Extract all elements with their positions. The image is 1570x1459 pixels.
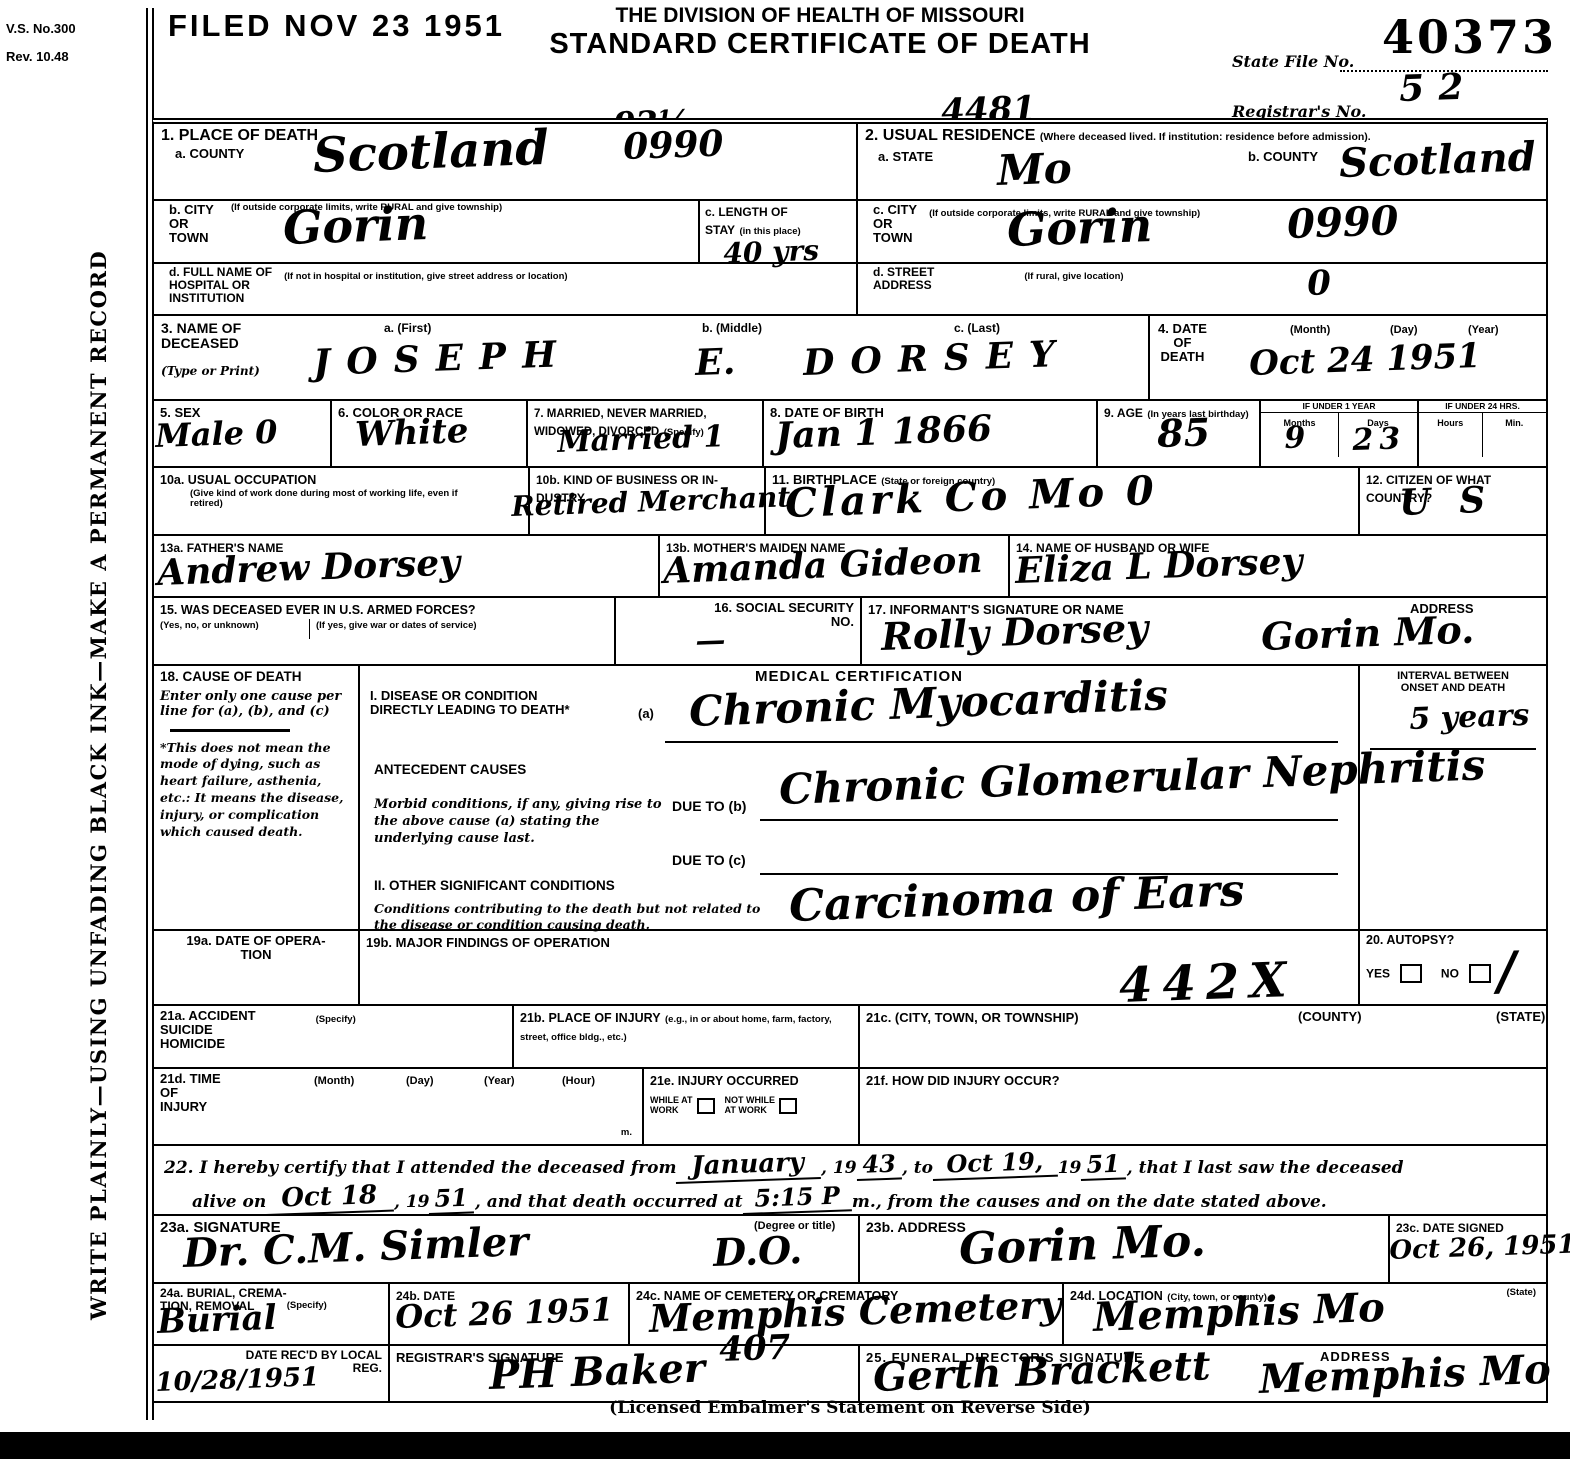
certify-text-4: 19 [1058, 1158, 1082, 1178]
not-while-at-work-checkbox [779, 1098, 797, 1114]
city-label: b. CITY OR TOWN [169, 203, 214, 245]
first-name-label: a. (First) [384, 322, 431, 335]
location-value: Memphis Mo [1092, 1284, 1385, 1341]
margin-instruction: WRITE PLAINLY—USING UNFADING BLACK INK—M… [86, 195, 111, 1375]
section-usual-residence: 2. USUAL RESIDENCE (Where deceased lived… [858, 124, 1546, 314]
hours-col: Hours [1419, 413, 1483, 457]
footer-note: (Licensed Embalmer's Statement on Revers… [152, 1398, 1548, 1418]
armed-forces-note2: (If yes, give war or dates of service) [310, 619, 477, 639]
armed-forces-label: 15. WAS DECEASED EVER IN U.S. ARMED FORC… [160, 603, 476, 617]
ssn-value: — [695, 623, 726, 659]
while-at-work-label: WHILE AT WORK [650, 1096, 693, 1116]
informant-address-value: Gorin Mo. [1260, 607, 1475, 659]
min-label: Min. [1505, 418, 1523, 428]
age-value: 85 [1156, 409, 1210, 456]
form-number-block: V.S. No.300 Rev. 10.48 [6, 22, 76, 64]
physician-address-label: 23b. ADDRESS [866, 1219, 966, 1235]
registrar-number-value: 407 [719, 1328, 791, 1370]
cause-enter-note: Enter only one cause per line for (a), (… [160, 689, 352, 719]
field-date-signed: 23c. DATE SIGNED Oct 26, 1951 [1390, 1216, 1546, 1282]
field-county: 1. PLACE OF DEATH a. COUNTY Scotland 099… [154, 124, 856, 201]
certify-year-1: 43 [855, 1148, 901, 1181]
residence-county-value: Scotland [1338, 133, 1536, 187]
burial-date-value: Oct 26 1951 [395, 1290, 614, 1336]
min-col: Min. [1483, 413, 1547, 457]
days-col: Days 23 [1339, 413, 1417, 457]
race-value: White [355, 411, 469, 455]
other-conditions-label: II. OTHER SIGNIFICANT CONDITIONS [374, 879, 615, 894]
physician-degree-value: D.O. [712, 1227, 802, 1275]
field-father-name: 13a. FATHER'S NAME Andrew Dorsey [154, 536, 660, 596]
certificate-form: 1. PLACE OF DEATH a. COUNTY Scotland 099… [152, 118, 1548, 1403]
residence-city-value: Gorin [1006, 198, 1153, 257]
under24-label: IF UNDER 24 HRS. [1419, 401, 1546, 413]
state-county-row: 2. USUAL RESIDENCE (Where deceased lived… [858, 124, 1546, 201]
field-interval: INTERVAL BETWEEN ONSET AND DEATH 5 years [1360, 666, 1546, 929]
not-while-at-work-label: NOT WHILE AT WORK [725, 1096, 776, 1116]
injury-day-label: (Day) [406, 1075, 434, 1087]
street-value: 0 [1307, 263, 1332, 304]
operation-date-label: 19a. DATE OF OPERA- TION [160, 934, 352, 962]
burial-note: (Specify) [287, 1301, 327, 1311]
usual-residence-note: (Where deceased lived. If institution: r… [1040, 131, 1371, 143]
days-value: 23 [1352, 421, 1407, 458]
field-hospital: d. FULL NAME OF HOSPITAL OR INSTITUTION … [154, 264, 856, 312]
interval-value: 5 years [1409, 698, 1530, 737]
other-conditions-note: Conditions contributing to the death but… [374, 901, 774, 934]
field-cemetery-location: 24d. LOCATION (City, town, or county) (S… [1064, 1284, 1546, 1344]
injury-m-label: m. [621, 1128, 632, 1138]
certify-text-6: alive on [192, 1192, 266, 1212]
document-title: STANDARD CERTIFICATE OF DEATH [450, 28, 1190, 61]
certify-text-3: , to [902, 1158, 933, 1178]
death-year-label: (Year) [1468, 324, 1499, 336]
deceased-name-note: (Type or Print) [161, 364, 260, 378]
field-date-received: DATE REC'D BY LOCAL REG. 10/28/1951 [154, 1346, 390, 1401]
field-sex: 5. SEX Male 0 [154, 401, 332, 466]
scan-edge-bar [0, 1432, 1570, 1459]
field-injury-location: 21c. (CITY, TOWN, OR TOWNSHIP) (COUNTY) … [860, 1006, 1546, 1067]
field-city: b. CITY OR TOWN (If outside corporate li… [154, 201, 700, 262]
accident-label: 21a. ACCIDENT SUICIDE HOMICIDE [160, 1009, 256, 1051]
field-age-under-24-hrs: IF UNDER 24 HRS. Hours Min. [1419, 401, 1546, 466]
certify-text-7: , 19 [394, 1192, 430, 1212]
field-marital-status: 7. MARRIED, NEVER MARRIED, WIDOWED, DIVO… [528, 401, 764, 466]
how-injury-label: 21f. HOW DID INJURY OCCUR? [866, 1073, 1060, 1088]
hospital-label: d. FULL NAME OF HOSPITAL OR INSTITUTION [169, 266, 272, 305]
last-name-label: c. (Last) [954, 322, 1000, 335]
certify-time-value: 5:15 P [741, 1180, 851, 1215]
disease-label: I. DISEASE OR CONDITION DIRECTLY LEADING… [370, 689, 570, 717]
dob-value: Jan 1 1866 [775, 407, 993, 457]
injury-hour-label: (Hour) [562, 1075, 595, 1087]
middle-name-value: E. [695, 341, 736, 384]
field-cause-line-a: I. DISEASE OR CONDITION DIRECTLY LEADING… [360, 685, 1358, 757]
certify-text-9: m., from the causes and on the date stat… [852, 1192, 1327, 1212]
date-received-value: 10/28/1951 [155, 1362, 320, 1398]
due-b-underline [760, 819, 1338, 821]
field-mother-maiden-name: 13b. MOTHER'S MAIDEN NAME Amanda Gideon [660, 536, 1010, 596]
field-physician-signature: 23a. SIGNATURE (Degree or title) Dr. C.M… [154, 1216, 860, 1282]
field-certification-statement: 22. I hereby certify that I attended the… [154, 1146, 1546, 1214]
citizen-value: U S [1399, 479, 1494, 524]
interval-underline [1370, 748, 1536, 750]
field-cemetery-name: 24c. NAME OF CEMETERY OR CREMATORY Memph… [630, 1284, 1064, 1344]
under1-label: IF UNDER 1 YEAR [1261, 401, 1417, 413]
antecedent-note: Morbid conditions, if any, giving rise t… [374, 797, 664, 848]
cause-heading: 18. CAUSE OF DEATH [160, 670, 352, 685]
certify-text-1: 22. I hereby certify that I attended the… [164, 1158, 676, 1178]
field-autopsy: 20. AUTOPSY? YES NO / [1360, 931, 1546, 1004]
certify-from-value: January [675, 1147, 821, 1184]
place-of-injury-label: 21b. PLACE OF INJURY [520, 1011, 661, 1025]
due-b-label: DUE TO (b) [672, 799, 746, 814]
occupation-note: (Give kind of work done during most of w… [190, 489, 490, 510]
death-day-label: (Day) [1390, 324, 1418, 336]
street-label: d. STREET ADDRESS [873, 266, 934, 292]
usual-residence-heading: 2. USUAL RESIDENCE [865, 127, 1035, 144]
certify-to-value: Oct 19, [932, 1146, 1058, 1181]
line-a-label: (a) [638, 707, 654, 721]
state-file-label: State File No. [1232, 52, 1354, 71]
field-accident-suicide-homicide: 21a. ACCIDENT SUICIDE HOMICIDE (Specify) [154, 1006, 514, 1067]
field-usual-occupation: 10a. USUAL OCCUPATION (Give kind of work… [154, 468, 530, 534]
autopsy-no-label: NO [1441, 966, 1459, 980]
field-ssn: 16. SOCIAL SECURITY NO. — [616, 598, 862, 664]
residence-state-value: Mo [996, 143, 1072, 195]
deceased-name-label: 3. NAME OF DECEASED [161, 321, 241, 351]
location-state-note: (State) [1506, 1288, 1536, 1298]
injury-year-label: (Year) [484, 1075, 515, 1087]
field-date-of-operation: 19a. DATE OF OPERA- TION [154, 931, 360, 1004]
section-place-of-death: 1. PLACE OF DEATH a. COUNTY Scotland 099… [154, 124, 858, 314]
interval-label: INTERVAL BETWEEN ONSET AND DEATH [1366, 671, 1540, 695]
certify-year-2: 51 [1080, 1148, 1126, 1181]
hours-label: Hours [1437, 418, 1463, 428]
residence-city-code: 0990 [1286, 197, 1399, 248]
org-name: THE DIVISION OF HEALTH OF MISSOURI [450, 4, 1190, 28]
autopsy-yes-label: YES [1366, 966, 1390, 980]
field-burial-date: 24b. DATE Oct 26 1951 [390, 1284, 630, 1344]
field-name-of-deceased: 3. NAME OF DECEASED (Type or Print) a. (… [154, 316, 1150, 399]
field-major-findings: 19b. MAJOR FINDINGS OF OPERATION 442X [360, 931, 1360, 1004]
certify-alive-value: Oct 18 [265, 1180, 394, 1216]
date-of-death-value: Oct 24 1951 [1249, 336, 1482, 384]
injury-state-label: (STATE) [1496, 1010, 1545, 1024]
field-physician-address: 23b. ADDRESS Gorin Mo. [860, 1216, 1390, 1282]
ssn-label: 16. SOCIAL SECURITY NO. [622, 601, 854, 629]
autopsy-yes-checkbox [1400, 964, 1422, 983]
injury-month-label: (Month) [314, 1075, 354, 1087]
registrar-no-value: 52 [1399, 65, 1479, 110]
informant-value: Rolly Dorsey [880, 605, 1148, 659]
burial-value: Burial [157, 1298, 278, 1342]
funeral-director-address-value: Memphis Mo [1258, 1346, 1551, 1403]
field-husband-or-wife: 14. NAME OF HUSBAND OR WIFE Eliza L Dors… [1010, 536, 1546, 596]
field-residence-city: c. CITY OR TOWN (If outside corporate li… [858, 201, 1546, 264]
date-of-death-label: 4. DATE OF DEATH [1158, 322, 1207, 364]
armed-forces-note1: (Yes, no, or unknown) [160, 619, 310, 639]
residence-state-label: a. STATE [878, 150, 933, 164]
county-code: 0990 [623, 123, 725, 168]
marital-value: Married 1 [557, 419, 725, 460]
registrar-signature-value: PH Baker [488, 1344, 705, 1399]
injury-occurred-label: 21e. INJURY OCCURRED [650, 1074, 799, 1088]
form-number: V.S. No.300 [6, 22, 76, 36]
spouse-value: Eliza L Dorsey [1015, 540, 1304, 592]
due-c-label: DUE TO (c) [672, 853, 746, 868]
field-informant: 17. INFORMANT'S SIGNATURE OR NAME ADDRES… [862, 598, 1546, 664]
field-business-industry: 10b. KIND OF BUSINESS OR IN- DUSTRY Reti… [530, 468, 766, 534]
field-how-injury-occurred: 21f. HOW DID INJURY OCCUR? [860, 1069, 1546, 1144]
field-place-of-injury: 21b. PLACE OF INJURY (e.g., in or about … [514, 1006, 860, 1067]
line-a-underline [665, 741, 1338, 743]
street-note: (If rural, give location) [1024, 272, 1123, 282]
field-birthplace: 11. BIRTHPLACE (State or foreign country… [766, 468, 1360, 534]
field-funeral-director: 25. FUNERAL DIRECTOR'S SIGNATURE ADDRESS… [860, 1346, 1546, 1401]
time-of-injury-label: 21d. TIME OF INJURY [160, 1072, 221, 1114]
first-name-value: JOSEPH [313, 333, 573, 384]
physician-address-value: Gorin Mo. [958, 1215, 1206, 1275]
cause-footnote: *This does not mean the mode of dying, s… [160, 740, 352, 841]
injury-county-label: (COUNTY) [1298, 1010, 1362, 1024]
months-value: 9 [1284, 421, 1306, 457]
section-cause-of-death-sidebar: 18. CAUSE OF DEATH Enter only one cause … [154, 666, 360, 929]
field-time-of-injury: 21d. TIME OF INJURY (Month) (Day) (Year)… [154, 1069, 644, 1144]
field-race: 6. COLOR OR RACE White [332, 401, 528, 466]
months-col: Months 9 [1261, 413, 1339, 457]
residence-city-label: c. CITY OR TOWN [873, 203, 917, 245]
field-age-under-1-year: IF UNDER 1 YEAR Months 9 Days 23 [1261, 401, 1419, 466]
injury-city-label: 21c. (CITY, TOWN, OR TOWNSHIP) [866, 1010, 1079, 1025]
county-value: Scotland [312, 120, 550, 184]
certify-text-2: , 19 [821, 1158, 857, 1178]
age-label: 9. AGE [1104, 406, 1143, 420]
field-age: 9. AGE (In years last birthday) 85 [1098, 401, 1261, 466]
field-registrar-signature: REGISTRAR'S SIGNATURE PH Baker 407 [390, 1346, 860, 1401]
accident-note: (Specify) [316, 1015, 356, 1025]
city-value: Gorin [282, 196, 429, 255]
field-citizenship: 12. CITIZEN OF WHAT COUNTRY? U S [1360, 468, 1546, 534]
certify-text-8: , and that death occurred at [475, 1192, 743, 1212]
section-medical-certification: MEDICAL CERTIFICATION I. DISEASE OR COND… [360, 666, 1360, 929]
date-signed-value: Oct 26, 1951 [1389, 1230, 1570, 1266]
findings-value: 442X [1118, 952, 1297, 1014]
field-burial-type: 24a. BURIAL, CREMA- TION, REMOVAL (Speci… [154, 1284, 390, 1344]
field-armed-forces: 15. WAS DECEASED EVER IN U.S. ARMED FORC… [154, 598, 616, 664]
occupation-label: 10a. USUAL OCCUPATION [160, 473, 316, 487]
field-injury-occurred: 21e. INJURY OCCURRED WHILE AT WORK NOT W… [644, 1069, 860, 1144]
hospital-note: (If not in hospital or institution, give… [284, 272, 567, 282]
sex-value: Male 0 [155, 413, 278, 455]
field-date-of-birth: 8. DATE OF BIRTH Jan 1 1866 [764, 401, 1098, 466]
cause-rule [170, 729, 290, 732]
certify-text-5: , that I last saw the deceased [1127, 1158, 1404, 1178]
death-month-label: (Month) [1290, 324, 1330, 336]
field-date-of-death: 4. DATE OF DEATH (Month) (Day) (Year) Oc… [1150, 316, 1546, 399]
autopsy-no-mark: / [1496, 940, 1517, 1002]
findings-label: 19b. MAJOR FINDINGS OF OPERATION [366, 935, 610, 950]
certify-year-3: 51 [428, 1182, 474, 1215]
while-at-work-checkbox [697, 1098, 715, 1114]
residence-county-label: b. COUNTY [1248, 150, 1318, 164]
city-stay-row: b. CITY OR TOWN (If outside corporate li… [154, 201, 856, 264]
field-street-address: d. STREET ADDRESS (If rural, give locati… [858, 264, 1546, 312]
form-revision: Rev. 10.48 [6, 50, 76, 64]
antecedent-label: ANTECEDENT CAUSES [374, 763, 526, 778]
field-length-of-stay: c. LENGTH OF STAY (in this place) 40 yrs [700, 201, 856, 262]
state-file-number: 40373 [1382, 10, 1557, 64]
autopsy-no-checkbox [1469, 964, 1491, 983]
last-name-value: DORSEY [803, 333, 1072, 384]
field-antecedent: ANTECEDENT CAUSES Morbid conditions, if … [360, 757, 1358, 877]
middle-name-label: b. (Middle) [702, 322, 762, 335]
